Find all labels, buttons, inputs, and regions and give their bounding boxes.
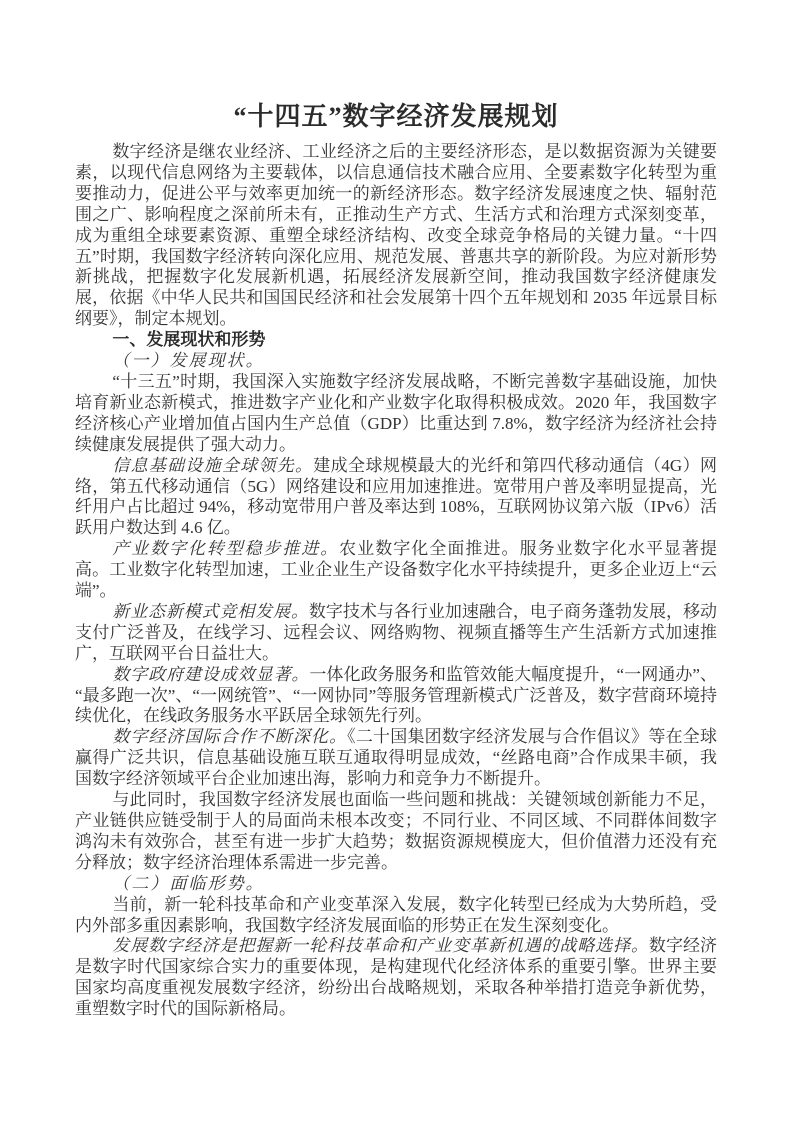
paragraph-international-cooperation: 数字经济国际合作不断深化。《二十国集团数字经济发展与合作倡议》等在全球赢得广泛共…	[75, 727, 717, 790]
paragraph-13th-five-achievements: “十三五”时期，我国深入实施数字经济发展战略，不断完善数字基础设施，加快培育新业…	[75, 372, 717, 456]
lead-sentence-government: 数字政府建设成效显著。	[112, 665, 309, 684]
lead-sentence-cooperation: 数字经济国际合作不断深化。	[112, 727, 347, 746]
document-body: 数字经济是继农业经济、工业经济之后的主要经济形态，是以数据资源为关键要素，以现代…	[75, 142, 717, 1020]
paragraph-current-trends: 当前，新一轮科技革命和产业变革深入发展，数字化转型已经成为大势所趋，受内外部多重…	[75, 895, 717, 937]
subsection-heading-situation: （二）面临形势。	[75, 874, 717, 895]
paragraph-new-business-models: 新业态新模式竞相发展。数字技术与各行业加速融合，电子商务蓬勃发展，移动支付广泛普…	[75, 602, 717, 665]
document-title: “十四五”数字经济发展规划	[75, 101, 717, 133]
subsection-heading-status: （一）发展现状。	[75, 351, 717, 372]
paragraph-infrastructure: 信息基础设施全球领先。建成全球规模最大的光纤和第四代移动通信（4G）网络，第五代…	[75, 456, 717, 540]
lead-sentence-infrastructure: 信息基础设施全球领先。	[112, 456, 313, 475]
lead-sentence-new-models: 新业态新模式竞相发展。	[112, 602, 308, 621]
section-heading-development-status: 一、发展现状和形势	[75, 330, 717, 351]
paragraph-strategic-choice: 发展数字经济是把握新一轮科技革命和产业变革新机遇的战略选择。数字经济是数字时代国…	[75, 936, 717, 1020]
paragraph-digital-government: 数字政府建设成效显著。一体化政务服务和监管效能大幅度提升，“一网通办”、“最多跑…	[75, 665, 717, 728]
paragraph-challenges: 与此同时，我国数字经济发展也面临一些问题和挑战：关键领域创新能力不足，产业链供应…	[75, 790, 717, 874]
lead-sentence-strategic-choice: 发展数字经济是把握新一轮科技革命和产业变革新机遇的战略选择。	[112, 936, 649, 955]
paragraph-overview: 数字经济是继农业经济、工业经济之后的主要经济形态，是以数据资源为关键要素，以现代…	[75, 142, 717, 330]
document-page: “十四五”数字经济发展规划 数字经济是继农业经济、工业经济之后的主要经济形态，是…	[0, 0, 793, 1122]
paragraph-industry-digitalization: 产业数字化转型稳步推进。农业数字化全面推进。服务业数字化水平显著提高。工业数字化…	[75, 539, 717, 602]
lead-sentence-industry: 产业数字化转型稳步推进。	[112, 539, 339, 558]
